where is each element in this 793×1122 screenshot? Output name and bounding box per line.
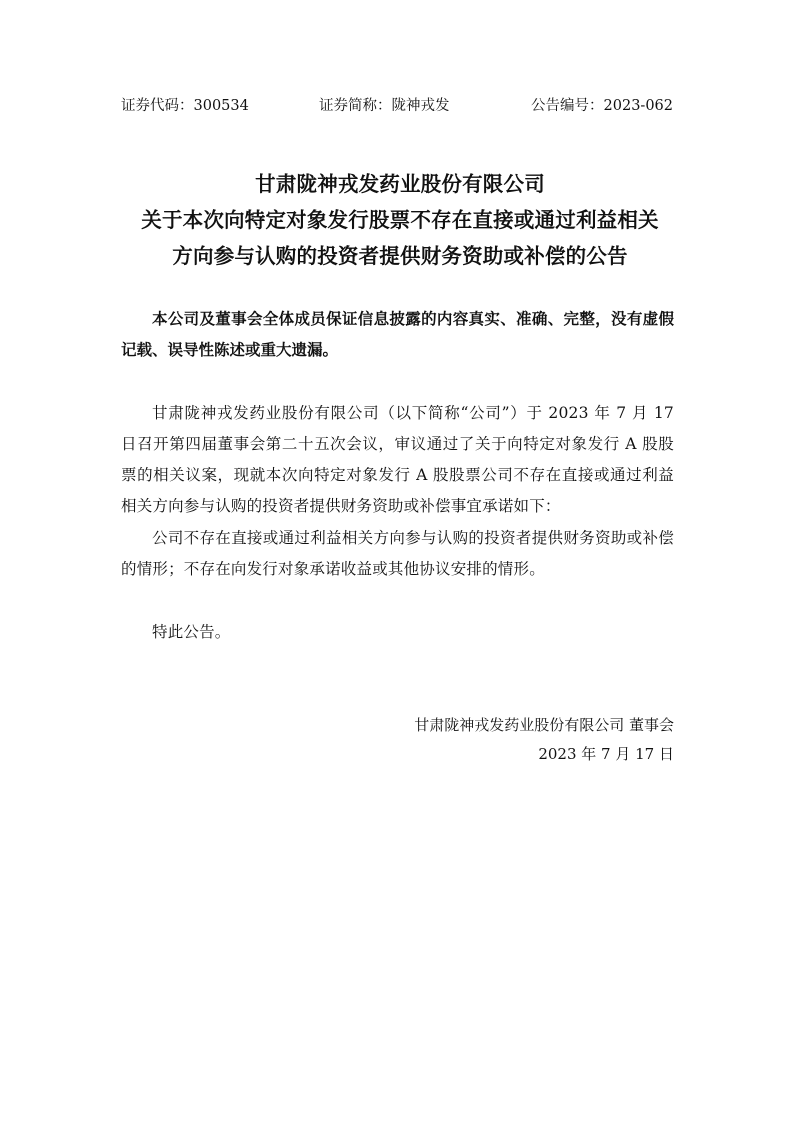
title-line-3: 方向参与认购的投资者提供财务资助或补偿的公告	[110, 238, 690, 274]
signature-company: 甘肃陇神戎发药业股份有限公司 董事会	[380, 710, 674, 740]
document-header: 证券代码：300534 证券简称：陇神戎发 公告编号：2023-062	[121, 95, 673, 117]
body-paragraph-2: 公司不存在直接或通过利益相关方向参与认购的投资者提供财务资助或补偿的情形；不存在…	[121, 523, 674, 585]
stock-code: 证券代码：300534	[121, 95, 249, 117]
document-title: 甘肃陇神戎发药业股份有限公司 关于本次向特定对象发行股票不存在直接或通过利益相关…	[110, 166, 690, 274]
title-line-1: 甘肃陇神戎发药业股份有限公司	[110, 166, 690, 202]
stock-short-name: 证券简称：陇神戎发	[319, 95, 450, 117]
title-line-2: 关于本次向特定对象发行股票不存在直接或通过利益相关	[110, 202, 690, 238]
signature-date: 2023 年 7 月 17 日	[380, 739, 674, 769]
disclosure-notice: 本公司及董事会全体成员保证信息披露的内容真实、准确、完整，没有虚假记载、误导性陈…	[121, 304, 674, 366]
body-paragraph-1: 甘肃陇神戎发药业股份有限公司（以下简称“公司”）于 2023 年 7 月 17 …	[121, 398, 674, 522]
closing-statement: 特此公告。	[121, 617, 674, 648]
announcement-number: 公告编号：2023-062	[531, 95, 673, 117]
